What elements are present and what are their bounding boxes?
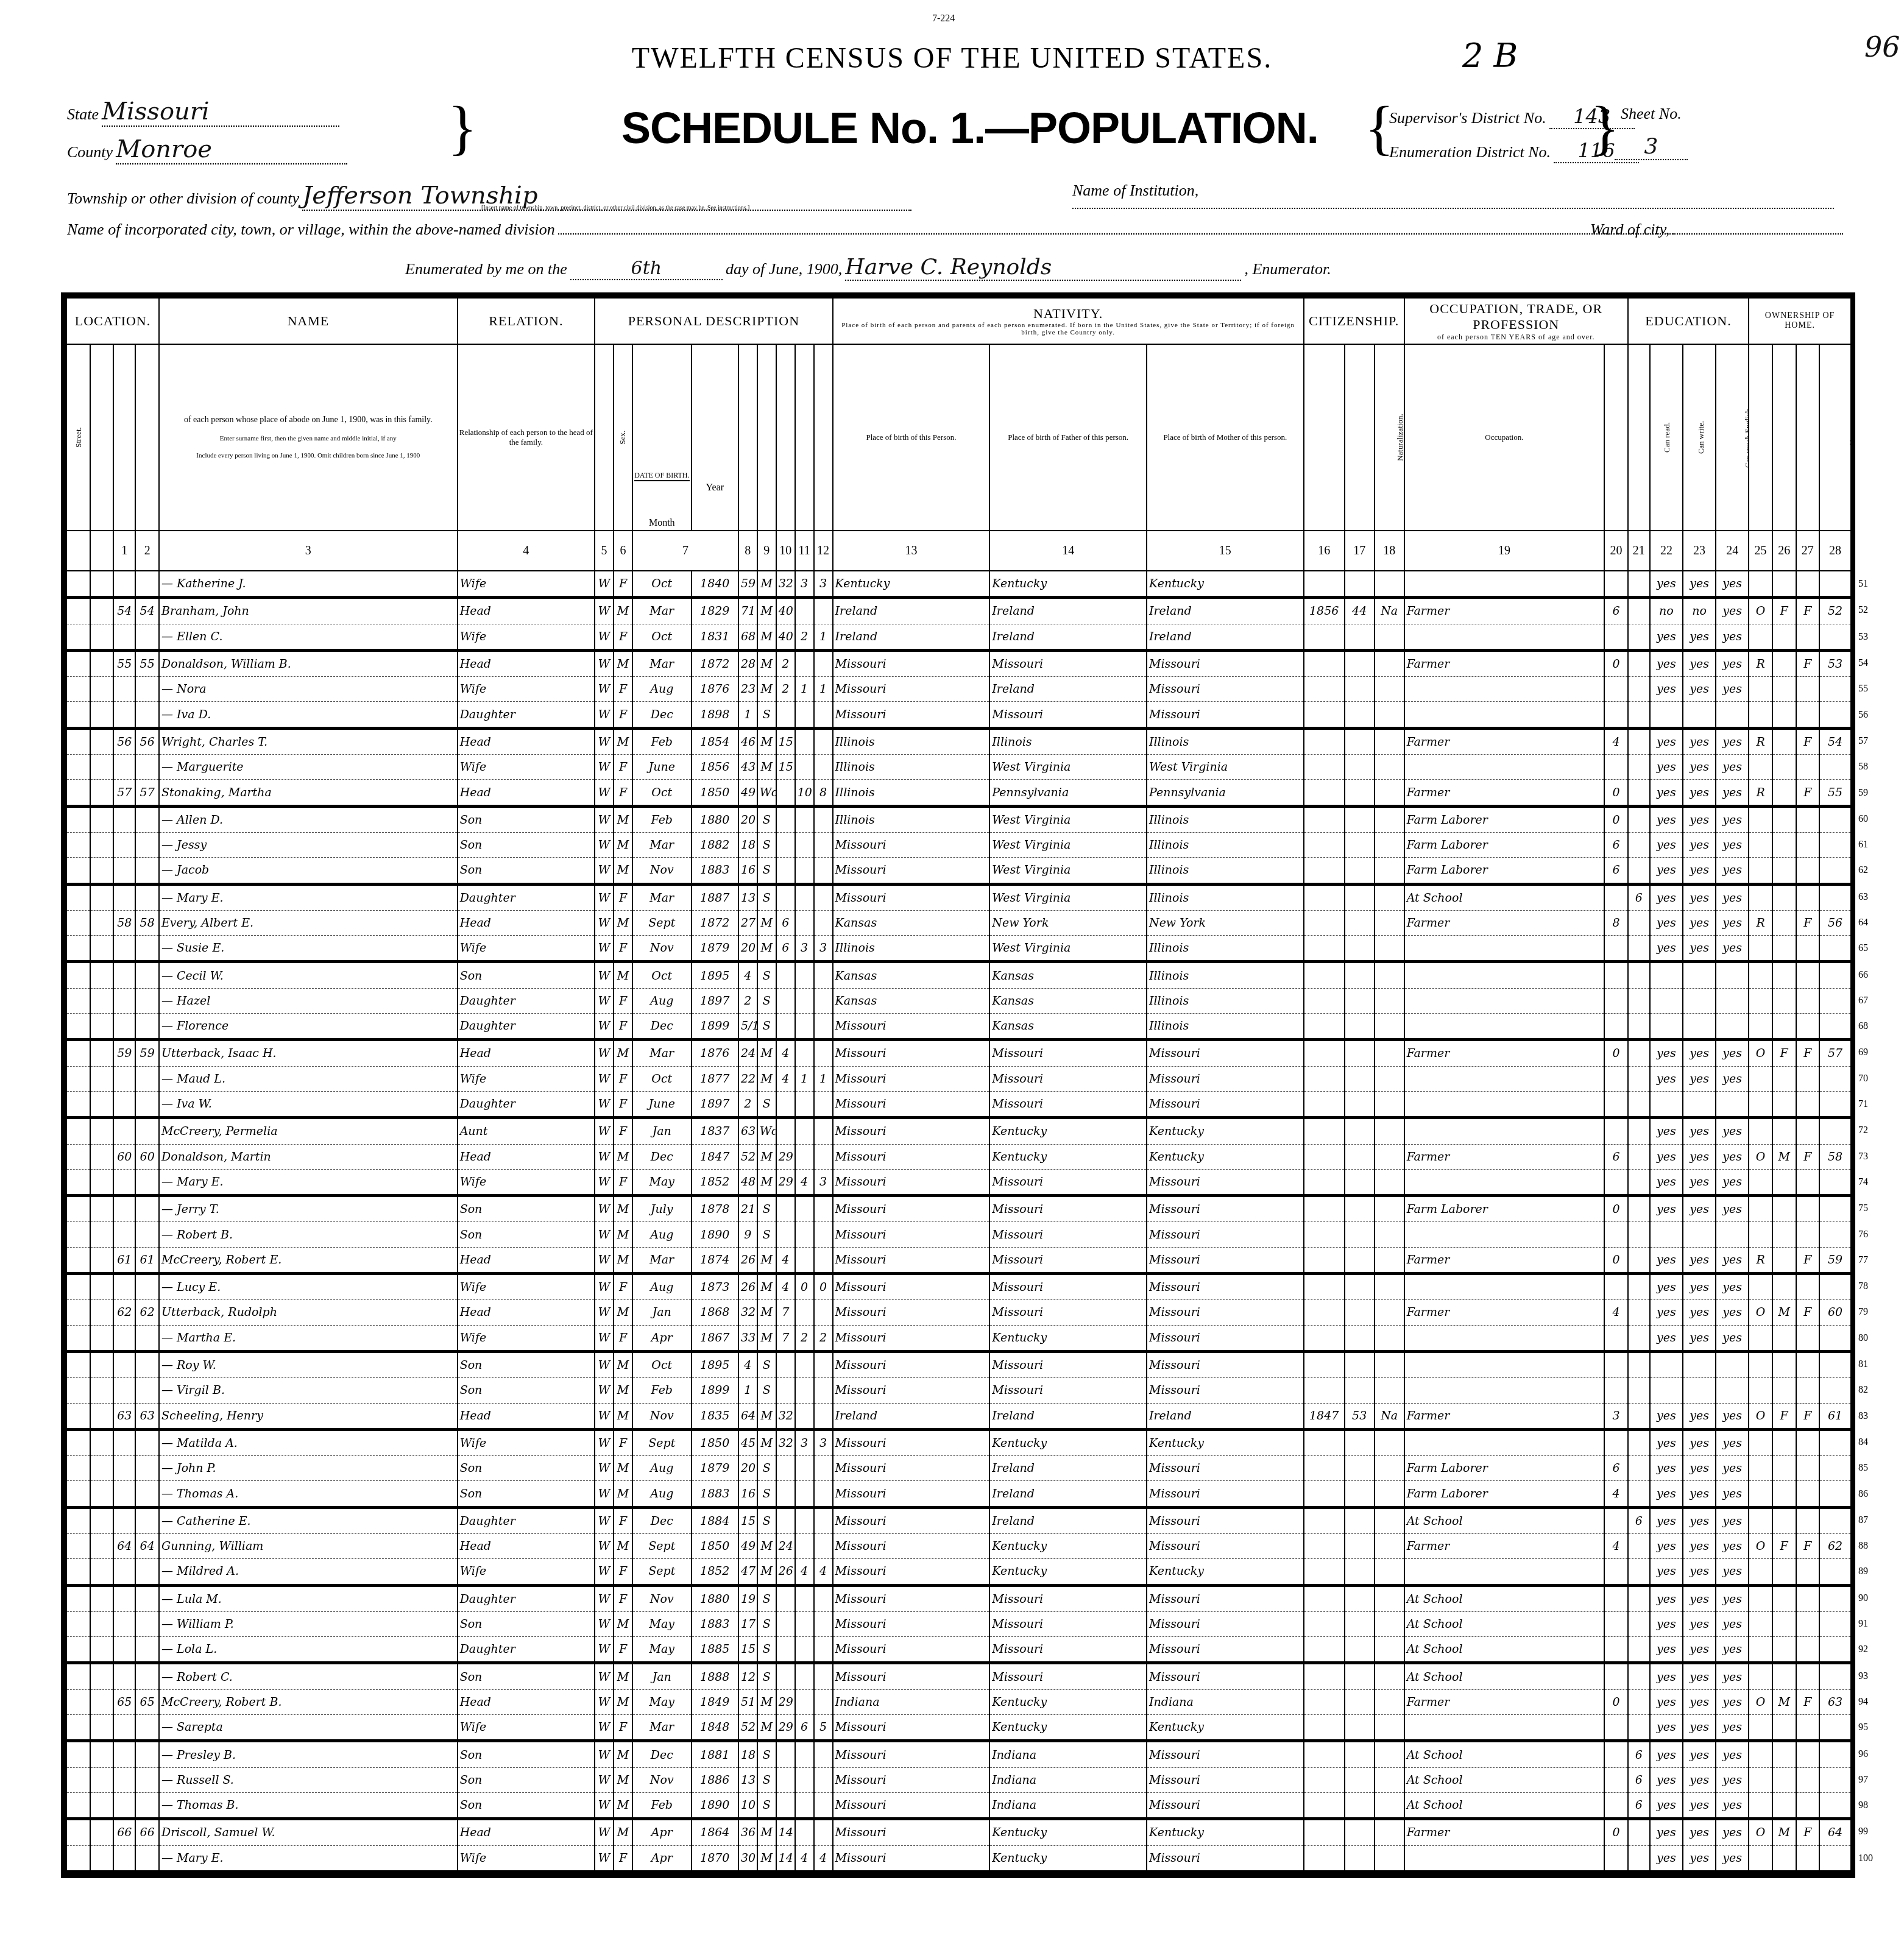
cell-dwelling-number <box>113 1456 135 1481</box>
cell-sex: F <box>614 571 632 598</box>
cell-birthplace-mother: Kentucky <box>1147 1118 1304 1144</box>
cell-naturalization <box>1375 1637 1404 1663</box>
cell-years-in-us <box>1345 1144 1375 1169</box>
col-marital: Whether single, married, widowed, or div… <box>757 344 776 531</box>
cell-color: W <box>595 1585 614 1611</box>
cell-school-months <box>1628 1559 1650 1585</box>
cell-speaks-english <box>1716 1351 1749 1377</box>
cell-birthplace-person: Illinois <box>833 728 990 754</box>
cell-speaks-english: yes <box>1716 1325 1749 1351</box>
cell-farm-house: F <box>1796 1403 1820 1429</box>
cell-sex: M <box>614 832 632 857</box>
cell-speaks-english: yes <box>1716 1507 1749 1533</box>
cell-years-married: 6 <box>776 936 795 962</box>
cell-farm-schedule-number <box>1819 755 1851 780</box>
col-sex: Sex. <box>614 344 632 531</box>
cell-age: 16 <box>738 1481 757 1507</box>
cell-can-read <box>1650 1014 1683 1040</box>
colnum: 15 <box>1147 531 1304 571</box>
cell-farm-house <box>1796 1845 1820 1871</box>
cell-street <box>66 858 90 884</box>
cell-dwelling-number <box>113 624 135 650</box>
cell-person-name: — Jessy <box>159 832 458 857</box>
cell-occupation <box>1404 1222 1605 1247</box>
cell-age: 52 <box>738 1144 757 1169</box>
cell-color: W <box>595 858 614 884</box>
cell-relation: Head <box>458 1144 595 1169</box>
cell-person-name: — Matilda A. <box>159 1429 458 1455</box>
cell-free-mortgaged <box>1772 677 1796 702</box>
institution-field: Name of Institution, <box>1072 182 1904 211</box>
cell-house-number <box>90 1247 114 1273</box>
cell-sex: M <box>614 858 632 884</box>
cell-farm-schedule-number: 54 <box>1819 728 1851 754</box>
cell-children-living: 3 <box>814 1429 833 1455</box>
cell-years-in-us <box>1345 702 1375 728</box>
cell-farm-house <box>1796 884 1820 910</box>
cell-person-name: — Russell S. <box>159 1767 458 1792</box>
cell-birth-month: Mar <box>632 1247 692 1273</box>
cell-color: W <box>595 571 614 598</box>
cell-family-number <box>135 1378 159 1403</box>
cell-sex: F <box>614 936 632 962</box>
cell-marital-status: S <box>757 1481 776 1507</box>
cell-birthplace-mother: Illinois <box>1147 806 1304 832</box>
cell-children-living <box>814 728 833 754</box>
cell-immigration-year <box>1304 1792 1345 1818</box>
cell-farm-house <box>1796 571 1820 598</box>
cell-can-write: yes <box>1683 1169 1716 1195</box>
cell-relation: Head <box>458 650 595 676</box>
cell-can-write: yes <box>1683 884 1716 910</box>
cell-family-number <box>135 1429 159 1455</box>
cell-marital-status: M <box>757 1300 776 1325</box>
cell-occupation: At School <box>1404 1507 1605 1533</box>
cell-relation: Head <box>458 728 595 754</box>
cell-birthplace-mother: Missouri <box>1147 1533 1304 1558</box>
cell-school-months <box>1628 571 1650 598</box>
cell-mother-of: 4 <box>795 1559 814 1585</box>
cell-birthplace-mother: Missouri <box>1147 1663 1304 1689</box>
cell-years-married: 2 <box>776 650 795 676</box>
cell-birthplace-father: Missouri <box>989 1222 1147 1247</box>
cell-immigration-year <box>1304 1325 1345 1351</box>
line-number: 89 <box>1858 1566 1868 1577</box>
census-row: 5959Utterback, Isaac H.HeadWMMar187624M4… <box>66 1040 1851 1066</box>
cell-color: W <box>595 1533 614 1558</box>
cell-family-number: 59 <box>135 1040 159 1066</box>
cell-street <box>66 1585 90 1611</box>
cell-free-mortgaged <box>1772 1715 1796 1741</box>
cell-farm-schedule-number <box>1819 1378 1851 1403</box>
cell-farm-schedule-number: 62 <box>1819 1533 1851 1558</box>
cell-can-read: yes <box>1650 858 1683 884</box>
cell-owned-rented <box>1749 1091 1772 1117</box>
cell-farm-schedule-number <box>1819 1741 1851 1767</box>
cell-years-in-us <box>1345 1715 1375 1741</box>
cell-color: W <box>595 1403 614 1429</box>
cell-years-in-us <box>1345 936 1375 962</box>
cell-can-read: yes <box>1650 728 1683 754</box>
cell-sex: M <box>614 806 632 832</box>
line-number: 94 <box>1858 1697 1868 1708</box>
cell-speaks-english: yes <box>1716 1144 1749 1169</box>
cell-street <box>66 1247 90 1273</box>
cell-birthplace-mother: Missouri <box>1147 1845 1304 1871</box>
cell-immigration-year: 1847 <box>1304 1403 1345 1429</box>
cell-children-living <box>814 1792 833 1818</box>
cell-owned-rented: R <box>1749 780 1772 806</box>
enumerated-prefix: Enumerated by me on the <box>405 260 567 278</box>
cell-can-write: yes <box>1683 728 1716 754</box>
cell-family-number <box>135 1274 159 1300</box>
census-row: 5858Every, Albert E.HeadWMSept187227M6Ka… <box>66 910 1851 935</box>
cell-birth-month: Jan <box>632 1663 692 1689</box>
cell-age: 9 <box>738 1222 757 1247</box>
cell-mother-of <box>795 1585 814 1611</box>
cell-immigration-year <box>1304 962 1345 988</box>
cell-years-in-us <box>1345 1456 1375 1481</box>
cell-occupation <box>1404 962 1605 988</box>
cell-can-write: yes <box>1683 1741 1716 1767</box>
cell-relation: Daughter <box>458 1585 595 1611</box>
state-field: State Missouri <box>67 97 339 127</box>
census-row: — Roy W.SonWMOct18954SMissouriMissouriMi… <box>66 1351 1851 1377</box>
cell-immigration-year <box>1304 1066 1345 1091</box>
cell-dwelling-number <box>113 1325 135 1351</box>
census-row: 5454Branham, JohnHeadWMMar182971M40Irela… <box>66 598 1851 624</box>
cell-birthplace-mother: Missouri <box>1147 1741 1304 1767</box>
cell-children-living <box>814 702 833 728</box>
cell-mother-of <box>795 1222 814 1247</box>
line-number: 72 <box>1858 1125 1868 1136</box>
cell-birth-year: 1887 <box>692 884 738 910</box>
cell-occupation <box>1404 1091 1605 1117</box>
cell-can-read: yes <box>1650 1274 1683 1300</box>
cell-immigration-year <box>1304 988 1345 1013</box>
cell-naturalization <box>1375 728 1404 754</box>
line-number: 91 <box>1858 1619 1868 1630</box>
line-number: 100 <box>1858 1853 1873 1864</box>
cell-school-months <box>1628 910 1650 935</box>
cell-years-in-us <box>1345 1845 1375 1871</box>
census-row: — JacobSonWMNov188316SMissouriWest Virgi… <box>66 858 1851 884</box>
cell-age: 10 <box>738 1792 757 1818</box>
cell-relation: Daughter <box>458 1507 595 1533</box>
cell-owned-rented <box>1749 1481 1772 1507</box>
cell-dwelling-number <box>113 1715 135 1741</box>
cell-years-in-us <box>1345 1222 1375 1247</box>
cell-speaks-english: yes <box>1716 780 1749 806</box>
cell-naturalization <box>1375 1300 1404 1325</box>
cell-birthplace-person: Missouri <box>833 1351 990 1377</box>
cell-house-number <box>90 624 114 650</box>
cell-birthplace-mother: Missouri <box>1147 1637 1304 1663</box>
cell-can-write: yes <box>1683 1689 1716 1714</box>
cell-mother-of <box>795 755 814 780</box>
cell-naturalization <box>1375 1014 1404 1040</box>
line-number: 66 <box>1858 970 1868 981</box>
cell-free-mortgaged <box>1772 1481 1796 1507</box>
cell-occupation <box>1404 1274 1605 1300</box>
cell-farm-house <box>1796 1118 1820 1144</box>
cell-age: 33 <box>738 1325 757 1351</box>
cell-children-living <box>814 1611 833 1636</box>
cell-can-read: yes <box>1650 1585 1683 1611</box>
cell-children-living: 0 <box>814 1274 833 1300</box>
cell-speaks-english <box>1716 1014 1749 1040</box>
col-relation-desc: Relationship of each person to the head … <box>458 344 595 531</box>
cell-house-number <box>90 1611 114 1636</box>
cell-color: W <box>595 1144 614 1169</box>
cell-can-write: yes <box>1683 1144 1716 1169</box>
cell-street <box>66 1040 90 1066</box>
line-number: 95 <box>1858 1722 1868 1733</box>
cell-birthplace-person: Illinois <box>833 755 990 780</box>
cell-can-write: yes <box>1683 755 1716 780</box>
cell-age: 59 <box>738 571 757 598</box>
cell-birth-month: Aug <box>632 988 692 1013</box>
cell-years-married <box>776 858 795 884</box>
cell-relation: Son <box>458 1351 595 1377</box>
cell-occupation: Farm Laborer <box>1404 858 1605 884</box>
sheet-value: 3 <box>1615 134 1688 160</box>
col-birthplace-mother: Place of birth of Mother of this person. <box>1147 344 1304 531</box>
cell-naturalization <box>1375 962 1404 988</box>
cell-naturalization <box>1375 1507 1404 1533</box>
cell-birthplace-father: Missouri <box>989 1637 1147 1663</box>
cell-dwelling-number <box>113 1118 135 1144</box>
cell-school-months <box>1628 1481 1650 1507</box>
cell-mother-of: 0 <box>795 1274 814 1300</box>
cell-mother-of <box>795 1611 814 1636</box>
cell-farm-schedule-number <box>1819 624 1851 650</box>
cell-birth-month: Dec <box>632 702 692 728</box>
cell-years-married <box>776 1663 795 1689</box>
cell-birthplace-father: Ireland <box>989 1481 1147 1507</box>
line-number: 52 <box>1858 605 1868 616</box>
cell-color: W <box>595 1819 614 1845</box>
cell-free-mortgaged <box>1772 702 1796 728</box>
line-number: 92 <box>1858 1644 1868 1655</box>
cell-months-unemployed <box>1604 962 1628 988</box>
col-year: Year <box>692 344 738 531</box>
cell-speaks-english: yes <box>1716 1300 1749 1325</box>
cell-months-unemployed: 8 <box>1604 910 1628 935</box>
cell-house-number <box>90 1300 114 1325</box>
cell-can-write: yes <box>1683 1663 1716 1689</box>
group-ownership: OWNERSHIP OF HOME. <box>1749 298 1851 344</box>
cell-house-number <box>90 1741 114 1767</box>
col-naturalization: Naturalization. <box>1375 344 1404 531</box>
line-number: 67 <box>1858 995 1868 1006</box>
line-number: 55 <box>1858 684 1868 694</box>
cell-owned-rented <box>1749 1118 1772 1144</box>
cell-age: 2 <box>738 1091 757 1117</box>
cell-owned-rented <box>1749 1559 1772 1585</box>
cell-children-living <box>814 1091 833 1117</box>
cell-owned-rented: O <box>1749 1403 1772 1429</box>
cell-free-mortgaged: M <box>1772 1300 1796 1325</box>
cell-school-months <box>1628 1222 1650 1247</box>
cell-birth-year: 1872 <box>692 910 738 935</box>
cell-birth-month: Feb <box>632 1792 692 1818</box>
cell-naturalization <box>1375 1715 1404 1741</box>
cell-immigration-year <box>1304 1247 1345 1273</box>
cell-birthplace-mother: Missouri <box>1147 1091 1304 1117</box>
cell-birthplace-mother: Missouri <box>1147 1247 1304 1273</box>
cell-months-unemployed <box>1604 1378 1628 1403</box>
cell-family-number: 62 <box>135 1300 159 1325</box>
cell-dwelling-number <box>113 1091 135 1117</box>
cell-street <box>66 962 90 988</box>
col-age: Age at last birthday. <box>738 344 757 531</box>
cell-birthplace-mother: Illinois <box>1147 728 1304 754</box>
cell-marital-status: M <box>757 1066 776 1091</box>
cell-sex: F <box>614 1274 632 1300</box>
cell-immigration-year <box>1304 1819 1345 1845</box>
cell-color: W <box>595 1481 614 1507</box>
cell-mother-of: 3 <box>795 936 814 962</box>
cell-farm-house <box>1796 1715 1820 1741</box>
cell-farm-schedule-number <box>1819 1481 1851 1507</box>
cell-person-name: Utterback, Rudolph <box>159 1300 458 1325</box>
cell-birth-year: 1897 <box>692 1091 738 1117</box>
cell-color: W <box>595 1611 614 1636</box>
cell-person-name: — Thomas A. <box>159 1481 458 1507</box>
cell-speaks-english: yes <box>1716 1274 1749 1300</box>
cell-street <box>66 780 90 806</box>
cell-family-number <box>135 1792 159 1818</box>
cell-house-number <box>90 1091 114 1117</box>
cell-months-unemployed: 6 <box>1604 598 1628 624</box>
cell-relation: Head <box>458 780 595 806</box>
cell-mother-of <box>795 1507 814 1533</box>
cell-family-number: 65 <box>135 1689 159 1714</box>
cell-birth-month: May <box>632 1611 692 1636</box>
cell-speaks-english <box>1716 1091 1749 1117</box>
census-row: — Robert B.SonWMAug18909SMissouriMissour… <box>66 1222 1851 1247</box>
cell-birthplace-person: Kansas <box>833 988 990 1013</box>
cell-immigration-year <box>1304 624 1345 650</box>
cell-naturalization <box>1375 1559 1404 1585</box>
cell-years-married <box>776 806 795 832</box>
cell-owned-rented <box>1749 1845 1772 1871</box>
cell-birthplace-father: Kentucky <box>989 1144 1147 1169</box>
cell-speaks-english: yes <box>1716 806 1749 832</box>
cell-birth-month: Apr <box>632 1325 692 1351</box>
cell-family-number <box>135 832 159 857</box>
cell-can-read: yes <box>1650 1819 1683 1845</box>
ward-label: Ward of city, <box>1590 221 1669 238</box>
colnum: 27 <box>1796 531 1820 571</box>
cell-family-number <box>135 677 159 702</box>
cell-speaks-english: yes <box>1716 1040 1749 1066</box>
cell-family-number <box>135 1637 159 1663</box>
cell-house-number <box>90 1481 114 1507</box>
line-number: 86 <box>1858 1489 1868 1500</box>
cell-years-in-us: 44 <box>1345 598 1375 624</box>
cell-years-married <box>776 962 795 988</box>
cell-occupation: Farmer <box>1404 780 1605 806</box>
cell-birth-year: 1850 <box>692 1533 738 1558</box>
cell-person-name: — Virgil B. <box>159 1378 458 1403</box>
cell-farm-schedule-number: 55 <box>1819 780 1851 806</box>
cell-family-number <box>135 1091 159 1117</box>
cell-years-in-us <box>1345 1274 1375 1300</box>
cell-can-write: yes <box>1683 1559 1716 1585</box>
cell-birthplace-person: Missouri <box>833 1819 990 1845</box>
cell-person-name: — Mary E. <box>159 884 458 910</box>
cell-sex: F <box>614 1014 632 1040</box>
cell-farm-schedule-number <box>1819 936 1851 962</box>
cell-street <box>66 1507 90 1533</box>
cell-house-number <box>90 1014 114 1040</box>
cell-dwelling-number: 64 <box>113 1533 135 1558</box>
cell-free-mortgaged <box>1772 832 1796 857</box>
cell-house-number <box>90 1767 114 1792</box>
cell-can-read: yes <box>1650 1663 1683 1689</box>
cell-color: W <box>595 1792 614 1818</box>
cell-sex: M <box>614 1351 632 1377</box>
cell-free-mortgaged <box>1772 806 1796 832</box>
cell-farm-house: F <box>1796 728 1820 754</box>
cell-can-read: yes <box>1650 1637 1683 1663</box>
cell-family-number: 57 <box>135 780 159 806</box>
cell-street <box>66 1196 90 1222</box>
cell-owned-rented <box>1749 1663 1772 1689</box>
cell-school-months <box>1628 1689 1650 1714</box>
cell-naturalization <box>1375 1611 1404 1636</box>
cell-person-name: — Nora <box>159 677 458 702</box>
cell-relation: Son <box>458 1456 595 1481</box>
cell-years-in-us <box>1345 1585 1375 1611</box>
cell-person-name: — Thomas B. <box>159 1792 458 1818</box>
cell-person-name: — Mildred A. <box>159 1559 458 1585</box>
line-number: 71 <box>1858 1099 1868 1110</box>
cell-color: W <box>595 1767 614 1792</box>
cell-can-write: no <box>1683 598 1716 624</box>
cell-street <box>66 1845 90 1871</box>
cell-birth-month: June <box>632 1091 692 1117</box>
cell-birth-year: 1883 <box>692 1481 738 1507</box>
census-row: — Cecil W.SonWMOct18954SKansasKansasIlli… <box>66 962 1851 988</box>
sheet-field: Sheet No. <box>1621 105 1682 123</box>
cell-owned-rented: R <box>1749 910 1772 935</box>
cell-years-in-us <box>1345 988 1375 1013</box>
cell-months-unemployed: 6 <box>1604 1456 1628 1481</box>
colnum: 22 <box>1650 531 1683 571</box>
cell-school-months <box>1628 1378 1650 1403</box>
cell-birthplace-mother: Missouri <box>1147 1196 1304 1222</box>
census-row: 5757Stonaking, MarthaHeadWFOct185049Wd10… <box>66 780 1851 806</box>
cell-free-mortgaged: M <box>1772 1144 1796 1169</box>
cell-can-write: yes <box>1683 1845 1716 1871</box>
cell-farm-schedule-number <box>1819 884 1851 910</box>
cell-years-married <box>776 1637 795 1663</box>
cell-marital-status: S <box>757 1222 776 1247</box>
cell-occupation: Farmer <box>1404 1533 1605 1558</box>
cell-birth-month: Nov <box>632 1767 692 1792</box>
line-number: 65 <box>1858 943 1868 954</box>
cell-sex: M <box>614 728 632 754</box>
cell-school-months <box>1628 755 1650 780</box>
cell-birthplace-father: Illinois <box>989 728 1147 754</box>
cell-can-read: yes <box>1650 1611 1683 1636</box>
cell-color: W <box>595 1222 614 1247</box>
cell-months-unemployed <box>1604 1091 1628 1117</box>
cell-years-married: 6 <box>776 910 795 935</box>
